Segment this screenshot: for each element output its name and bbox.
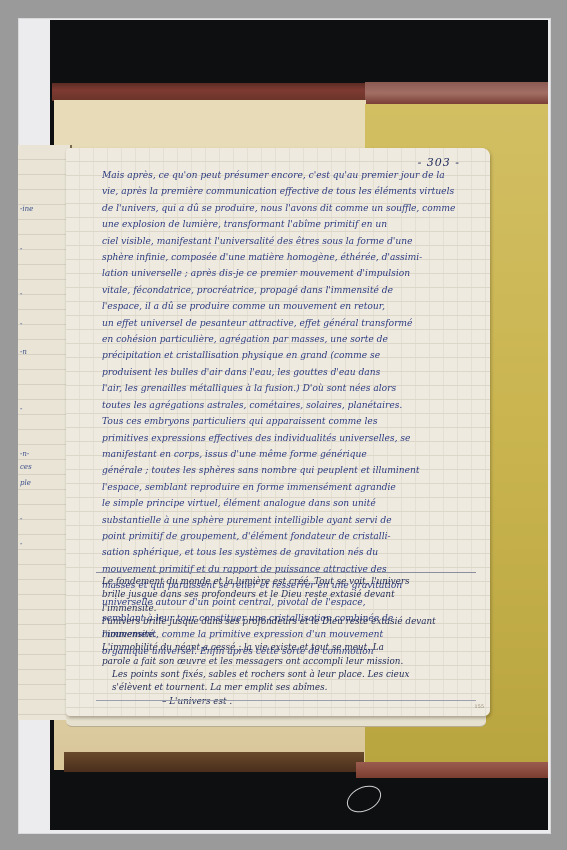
margin-fragment: - [20,405,22,413]
text-line: une explosion de lumière, transformant l… [102,217,492,233]
text-line: précipitation et cristallisation physiqu… [102,348,492,364]
text-line: le simple principe virtuel, élément anal… [102,496,492,512]
facing-page-edge: -ine - - - -n - -n- ces ple - - [18,145,72,720]
text-line: ciel visible, manifestant l'universalité… [102,234,492,250]
text-line: sation sphérique, et tous les systèmes d… [102,545,492,561]
margin-fragment: -n [20,348,27,356]
text-line: l'immensité. [102,603,492,616]
text-line: Mais après, ce qu'on peut présumer encor… [102,168,492,184]
section-divider-rule [96,572,476,573]
text-line: l'espace, il a dû se produire comme un m… [102,299,492,315]
margin-fragment: -n- [20,450,29,458]
binding-bottom-strip-worn [356,762,548,778]
margin-fragment: - [20,320,22,328]
margin-fragment: - [20,540,22,548]
text-line: vie, après la première communication eff… [102,184,492,200]
text-line: substantielle à une sphère purement inte… [102,513,492,529]
text-line: l'univers brille jusque dans ses profond… [102,616,492,629]
text-line: point primitif de groupement, d'élément … [102,529,492,545]
margin-fragment: - [20,515,22,523]
text-line: primitives expressions effectives des in… [102,431,492,447]
text-line: Le fondement du monde et la lumière est … [102,576,492,589]
binding-bottom-strip [64,752,364,772]
text-line: manifestant en corps, issus d'une même f… [102,447,492,463]
revision-handwritten-text: Le fondement du monde et la lumière est … [102,576,492,709]
text-line: brille jusque dans ses profondeurs et le… [102,589,492,602]
text-line: générale ; toutes les sphères sans nombr… [102,463,492,479]
text-line: l'espace, semblant reproduire en forme i… [102,480,492,496]
text-line: Les points sont fixés, sables et rochers… [102,669,492,682]
folio-mark: 155 [474,704,484,710]
text-line: toutes les agrégations astrales, cométai… [102,398,492,414]
text-line: lation universelle ; après dis-je ce pre… [102,266,492,282]
text-line: un effet universel de pesanteur attracti… [102,316,492,332]
text-line: en cohésion particulière, agrégation par… [102,332,492,348]
text-line: parole a fait son œuvre et les messagers… [102,656,492,669]
margin-fragment: ple [20,479,31,487]
text-line: s'élèvent et tournent. La mer emplit ses… [102,682,492,695]
text-line: L'immobilité du néant a cessé ; la vie e… [102,642,492,655]
text-line: Tous ces embryons particuliers qui appar… [102,414,492,430]
text-line: de l'univers, qui a dû se produire, nous… [102,201,492,217]
text-line: – L'univers est . [102,696,492,709]
margin-fragment: ces [20,463,32,471]
text-line: produisent les bulles d'air dans l'eau, … [102,365,492,381]
text-line: vitale, fécondatrice, procréatrice, prop… [102,283,492,299]
text-line: sphère infinie, composée d'une matière h… [102,250,492,266]
manuscript-page: - 303 - Mais après, ce qu'on peut présum… [66,148,490,716]
text-line: l'immensité. [102,629,492,642]
margin-fragment: -ine [20,205,33,213]
closing-rule [96,700,476,701]
binding-top-strip-worn [365,82,548,104]
margin-fragment: - [20,290,22,298]
margin-fragment: - [20,245,22,253]
text-line: l'air, les grenailles métalliques à la f… [102,381,492,397]
